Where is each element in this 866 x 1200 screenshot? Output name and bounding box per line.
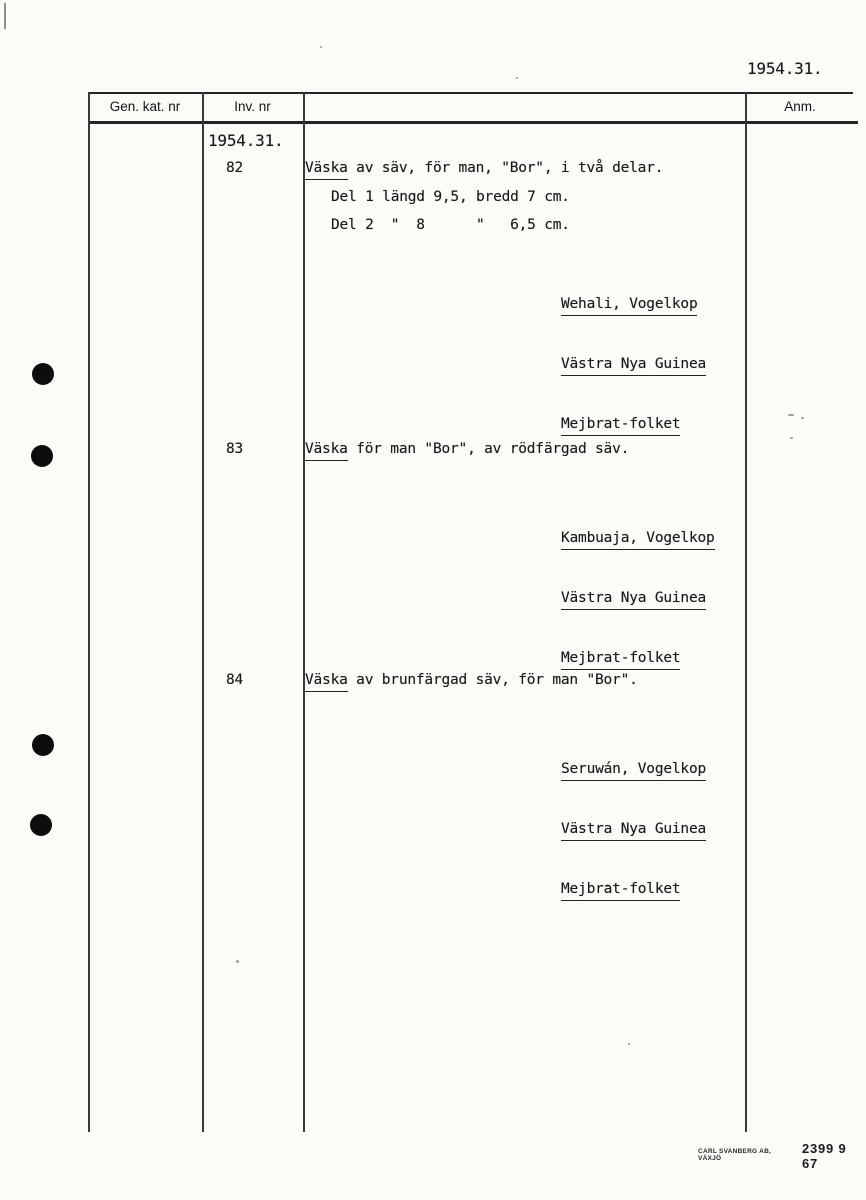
entry-84-description: Väska av brunfärgad säv, för man "Bor". <box>305 672 638 692</box>
entry-82-description: Väska av säv, för man, "Bor", i två dela… <box>305 160 663 180</box>
printer-code: 2399 9 67 <box>802 1141 866 1171</box>
scan-speck <box>516 77 518 79</box>
column-divider-gen-inv <box>202 92 204 1132</box>
punch-hole <box>30 814 52 836</box>
entry-84-lead-word: Väska <box>305 672 348 692</box>
provenance-line: Wehali, Vogelkop <box>561 296 706 313</box>
printer-name: CARL SVANBERG AB, VÄXJÖ <box>698 1148 795 1162</box>
punch-hole <box>32 363 54 385</box>
provenance-line: Kambuaja, Vogelkop <box>561 530 715 547</box>
provenance-line: Seruwán, Vogelkop <box>561 761 706 778</box>
scan-speck <box>790 437 793 439</box>
entry-82-lead-word: Väska <box>305 160 348 180</box>
column-divider-inv-desc <box>303 92 305 1132</box>
printer-imprint: CARL SVANBERG AB, VÄXJÖ 2399 9 67 <box>698 1141 866 1171</box>
provenance-line: Mejbrat-folket <box>561 650 715 667</box>
entry-82-inv-nr: 82 <box>226 160 243 177</box>
provenance-line: Västra Nya Guinea <box>561 356 706 373</box>
scan-speck <box>628 1043 630 1045</box>
entry-82-detail-line-2: Del 2 " 8 " 6,5 cm. <box>331 217 570 234</box>
column-header-inv-nr: Inv. nr <box>202 92 303 121</box>
column-header-gen-kat-nr: Gen. kat. nr <box>88 92 202 121</box>
entry-83-description: Väska för man "Bor", av rödfärgad säv. <box>305 441 629 461</box>
scan-speck <box>236 960 239 963</box>
scanned-catalog-page: 1954.31. Gen. kat. nr Inv. nr Anm. 1954.… <box>0 0 866 1200</box>
punch-hole <box>31 445 53 467</box>
entry-83-lead-word: Väska <box>305 441 348 461</box>
entry-82-description-rest: av säv, för man, "Bor", i två delar. <box>348 160 664 176</box>
entry-84-provenance: Seruwán, Vogelkop Västra Nya Guinea Mejb… <box>561 727 706 941</box>
table-left-border <box>88 92 90 1132</box>
page-number: 1954.31. <box>747 59 822 78</box>
column-header-anm: Anm. <box>745 92 855 121</box>
scan-speck <box>801 417 804 419</box>
inventory-year-label: 1954.31. <box>208 131 283 150</box>
scan-speck <box>320 46 322 48</box>
entry-83-inv-nr: 83 <box>226 441 243 458</box>
provenance-line: Västra Nya Guinea <box>561 821 706 838</box>
provenance-line: Mejbrat-folket <box>561 881 706 898</box>
punch-hole <box>32 734 54 756</box>
entry-82-detail-line-1: Del 1 längd 9,5, bredd 7 cm. <box>331 189 570 206</box>
entry-84-inv-nr: 84 <box>226 672 243 689</box>
entry-83-description-rest: för man "Bor", av rödfärgad säv. <box>348 441 629 457</box>
entry-84-description-rest: av brunfärgad säv, för man "Bor". <box>348 672 638 688</box>
column-divider-desc-anm <box>745 92 747 1132</box>
scan-corner-mark <box>4 3 6 29</box>
provenance-line: Mejbrat-folket <box>561 416 706 433</box>
scan-speck <box>788 414 794 416</box>
provenance-line: Västra Nya Guinea <box>561 590 715 607</box>
